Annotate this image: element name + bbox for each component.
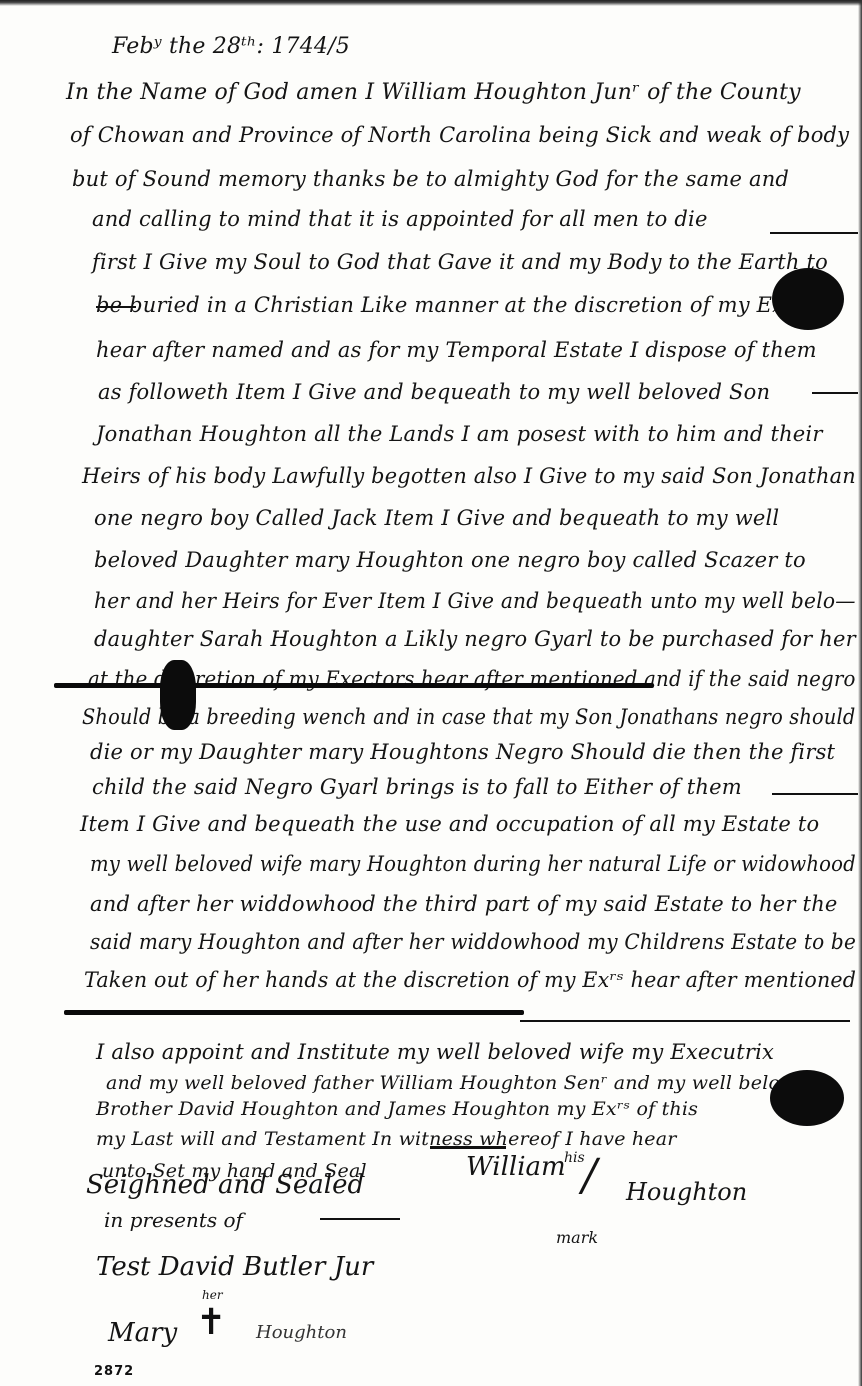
body-line-18: child the said Negro Gyarl brings is to … [92, 775, 742, 799]
line-18-trailing-dash [772, 793, 858, 795]
witness-heading-dash [320, 1218, 400, 1220]
body-line-21: and after her widdowhood the third part … [90, 892, 838, 916]
body-line-5: first I Give my Soul to God that Gave it… [92, 250, 828, 274]
body-line-20: my well beloved wife mary Houghton durin… [90, 852, 856, 876]
line-4-struck-fragment [770, 232, 858, 234]
scanned-document-page: Febʸ the 28ᵗʰ: 1744/5 In the Name of God… [0, 0, 862, 1386]
witness-heading-1: Seighned and Sealed [86, 1170, 364, 1200]
witness-2-mark-label: her [202, 1288, 223, 1302]
testator-last-name: Houghton [626, 1178, 747, 1206]
line-16-strike [54, 683, 654, 688]
body-line-1: In the Name of God amen I William Hought… [66, 80, 801, 105]
body-line-13: her and her Heirs for Ever Item I Give a… [94, 589, 856, 613]
date-line: Febʸ the 28ᵗʰ: 1744/5 [112, 34, 350, 59]
line-6-struck-fragment [96, 306, 136, 308]
line-24-trailing-strike [520, 1020, 850, 1022]
body-line-23: Taken out of her hands at the discretion… [84, 968, 856, 992]
body-line-8: as followeth Item I Give and bequeath to… [98, 380, 770, 404]
body-line-11: one negro boy Called Jack Item I Give an… [94, 506, 779, 530]
body-line-12: beloved Daughter mary Houghton one negro… [94, 548, 806, 572]
body-line-26: and my well beloved father William Hough… [106, 1072, 815, 1094]
body-line-19: Item I Give and bequeath the use and occ… [80, 812, 819, 836]
body-line-16: Should be a breeding wench and in case t… [82, 705, 855, 729]
body-line-22: said mary Houghton and after her widdowh… [90, 930, 856, 954]
body-line-14: daughter Sarah Houghton a Likly negro Gy… [94, 627, 856, 651]
line-29-trailing-dash [430, 1146, 506, 1149]
witness-heading-2: in presents of [104, 1208, 243, 1232]
scan-top-edge [0, 0, 862, 6]
testator-mark-label-mark: mark [556, 1228, 598, 1247]
witness-2-cross-mark: ✝ [196, 1302, 226, 1343]
testator-first-name: William [466, 1152, 566, 1182]
witness-1-signature: Test David Butler Jur [96, 1252, 373, 1282]
body-line-7: hear after named and as for my Temporal … [96, 338, 817, 362]
testator-mark: / [582, 1150, 597, 1201]
body-line-25: I also appoint and Institute my well bel… [96, 1040, 774, 1064]
line-8-trailing-dash [812, 392, 858, 394]
ink-blot-2 [160, 660, 196, 730]
body-line-9: Jonathan Houghton all the Lands I am pos… [96, 422, 823, 446]
body-line-2: of Chowan and Province of North Carolina… [70, 123, 849, 147]
body-line-6: be buried in a Christian Like manner at … [96, 293, 799, 317]
body-line-17: die or my Daughter mary Houghtons Negro … [90, 740, 835, 764]
witness-2-last-name: Houghton [256, 1322, 347, 1343]
body-line-4: and calling to mind that it is appointed… [92, 207, 708, 231]
archive-number: 2872 [94, 1364, 134, 1379]
ink-blot-3 [770, 1070, 844, 1126]
scan-right-edge [858, 0, 862, 1386]
ink-blot [772, 268, 844, 330]
body-line-10: Heirs of his body Lawfully begotten also… [82, 464, 856, 488]
line-24-strike [64, 1010, 524, 1015]
witness-2-first-name: Mary [108, 1318, 177, 1348]
body-line-28: my Last will and Testament In witness wh… [96, 1128, 677, 1150]
body-line-27: Brother David Houghton and James Houghto… [96, 1098, 698, 1120]
body-line-3: but of Sound memory thanks be to almight… [72, 167, 789, 191]
